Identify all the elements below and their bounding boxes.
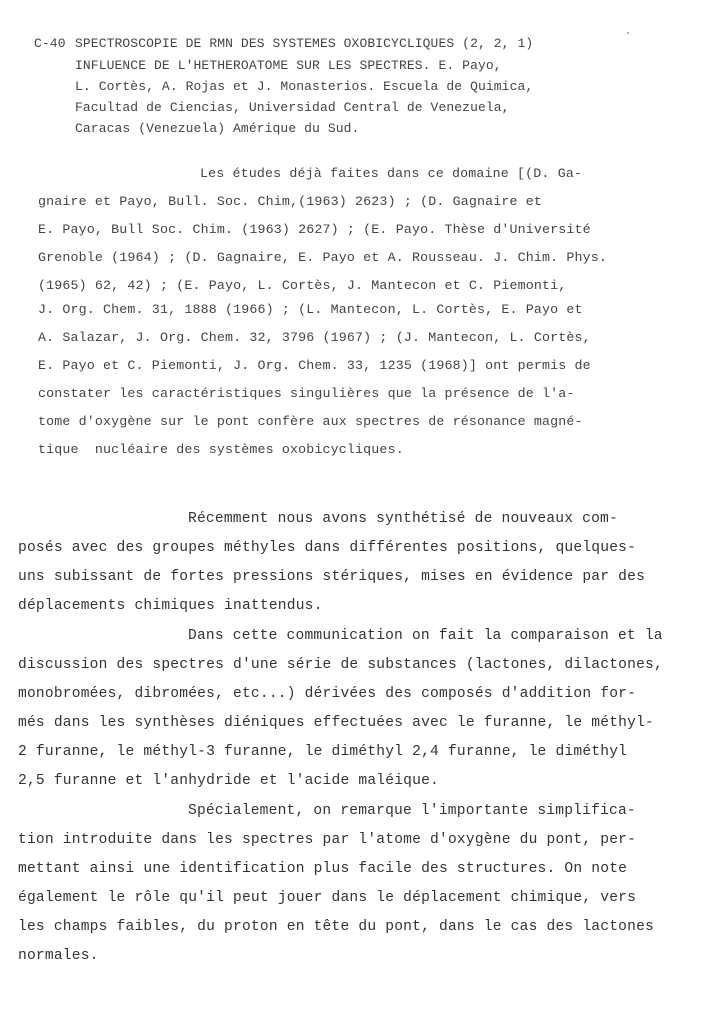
paragraph-4-line: les champs faibles, du proton en tête du… <box>18 918 654 936</box>
paragraph-1-line: E. Payo et C. Piemonti, J. Org. Chem. 33… <box>38 357 591 375</box>
paragraph-1-line: E. Payo, Bull Soc. Chim. (1963) 2627) ; … <box>38 221 591 239</box>
paragraph-2-line: Récemment nous avons synthétisé de nouve… <box>188 510 618 528</box>
document-page: C-40 SPECTROSCOPIE DE RMN DES SYSTEMES O… <box>0 0 704 1014</box>
paragraph-2-line: uns subissant de fortes pressions stériq… <box>18 568 645 586</box>
paragraph-1-line: constater les caractéristiques singulièr… <box>38 385 575 403</box>
abstract-code: C-40 <box>34 35 66 53</box>
paragraph-1-line: tome d'oxygène sur le pont confère aux s… <box>38 413 583 431</box>
paragraph-1-line: tique nucléaire des systèmes oxobicycliq… <box>38 441 404 459</box>
paragraph-3-line: Dans cette communication on fait la comp… <box>188 627 663 645</box>
paragraph-2-line: posés avec des groupes méthyles dans dif… <box>18 539 636 557</box>
paragraph-4-line: normales. <box>18 947 99 965</box>
paragraph-3-line: 2,5 furanne et l'anhydride et l'acide ma… <box>18 772 439 790</box>
paragraph-1-line: J. Org. Chem. 31, 1888 (1966) ; (L. Mant… <box>38 301 583 319</box>
header-line-3: L. Cortès, A. Rojas et J. Monasterios. E… <box>75 78 533 96</box>
header-line-1: SPECTROSCOPIE DE RMN DES SYSTEMES OXOBIC… <box>75 35 533 53</box>
paragraph-4-line: tion introduite dans les spectres par l'… <box>18 831 636 849</box>
paragraph-4-line: Spécialement, on remarque l'importante s… <box>188 802 636 820</box>
paragraph-1-line: gnaire et Payo, Bull. Soc. Chim,(1963) 2… <box>38 193 542 211</box>
scan-speck <box>627 32 629 34</box>
paragraph-1-line: (1965) 62, 42) ; (E. Payo, L. Cortès, J.… <box>38 277 566 295</box>
header-line-2: INFLUENCE DE L'HETHEROATOME SUR LES SPEC… <box>75 57 502 75</box>
paragraph-3-line: monobromées, dibromées, etc...) dérivées… <box>18 685 636 703</box>
paragraph-3-line: més dans les synthèses diéniques effectu… <box>18 714 654 732</box>
paragraph-3-line: discussion des spectres d'une série de s… <box>18 656 663 674</box>
paragraph-2-line: déplacements chimiques inattendus. <box>18 597 323 615</box>
paragraph-4-line: également le rôle qu'il peut jouer dans … <box>18 889 636 907</box>
header-line-4: Facultad de Ciencias, Universidad Centra… <box>75 99 510 117</box>
header-line-5: Caracas (Venezuela) Amérique du Sud. <box>75 120 359 138</box>
paragraph-1-line: Les études déjà faites dans ce domaine [… <box>200 165 582 183</box>
paragraph-1-line: A. Salazar, J. Org. Chem. 32, 3796 (1967… <box>38 329 591 347</box>
paragraph-1-line: Grenoble (1964) ; (D. Gagnaire, E. Payo … <box>38 249 607 267</box>
paragraph-4-line: mettant ainsi une identification plus fa… <box>18 860 627 878</box>
paragraph-3-line: 2 furanne, le méthyl-3 furanne, le dimét… <box>18 743 627 761</box>
